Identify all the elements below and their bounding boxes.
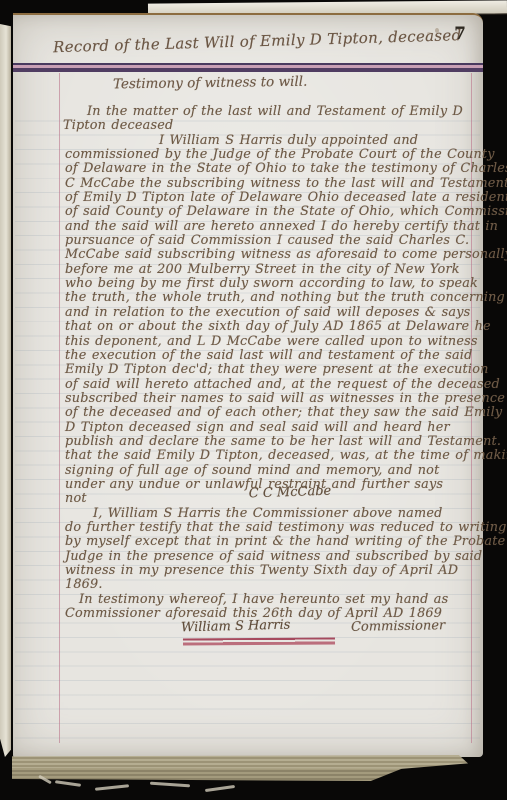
testimony-text: In the matter of the last will and Testa…	[13, 105, 481, 621]
ledger-book-photo: Record of the Last Will of Emily D Tipto…	[0, 0, 507, 800]
text-line: In testimony whereof, I have hereunto se…	[13, 593, 481, 607]
text-line: D Tipton deceased sign and seal said wil…	[13, 421, 481, 435]
text-line: C McCabe the subscribing witness to the …	[13, 177, 481, 191]
text-line: McCabe said subscribing witness as afore…	[13, 248, 481, 262]
text-line: that the said Emily D Tipton, deceased, …	[13, 449, 481, 463]
text-line: the execution of the said last will and …	[13, 349, 481, 363]
header-rule	[13, 63, 483, 72]
text-line: pursuance of said Commission I caused th…	[13, 234, 481, 248]
text-line: Emily D Tipton dec'd; that they were pre…	[13, 363, 481, 377]
text-line: I William S Harris duly appointed and	[13, 134, 481, 148]
text-line: 1869.	[13, 578, 481, 592]
text-line: and the said will are hereto annexed I d…	[13, 220, 481, 234]
commissioner-signature: William S Harris	[181, 618, 291, 636]
book-fore-edge	[12, 755, 468, 769]
section-heading: Testimony of witness to will.	[113, 74, 308, 93]
text-line: commissioned by the Judge of the Probate…	[13, 148, 481, 162]
text-line: the truth, the whole truth, and nothing …	[13, 291, 481, 305]
text-line: publish and declare the same to be her l…	[13, 435, 481, 449]
text-line: this deponent, and L D McCabe were calle…	[13, 335, 481, 349]
closing-double-rule	[183, 637, 335, 645]
text-line: I, William S Harris the Commissioner abo…	[13, 507, 481, 521]
record-title: Record of the Last Will of Emily D Tipto…	[53, 26, 473, 56]
ink-blot	[427, 32, 431, 35]
binding-thread	[95, 784, 129, 791]
text-line: Tipton deceased	[13, 119, 481, 133]
binding-thread	[55, 780, 81, 787]
page-stack-left-edge	[0, 24, 11, 757]
ink-blot	[435, 28, 439, 33]
text-line: witness in my presence this Twenty Sixth…	[13, 564, 481, 578]
text-line: of Delaware in the State of Ohio to take…	[13, 162, 481, 176]
binding-thread	[205, 785, 235, 792]
text-line: of said County of Delaware in the State …	[13, 205, 481, 219]
page-number: 7	[454, 24, 467, 44]
book-fore-edge-lower	[12, 768, 402, 781]
text-line: that on or about the sixth day of July A…	[13, 320, 481, 334]
text-line: Judge in the presence of said witness an…	[13, 550, 481, 564]
commissioner-title: Commissioner	[351, 618, 445, 635]
text-line: do further testify that the said testimo…	[13, 521, 481, 535]
ledger-page: Record of the Last Will of Emily D Tipto…	[13, 13, 483, 757]
binding-thread	[150, 782, 190, 788]
text-line: signing of full age of sound mind and me…	[13, 464, 481, 478]
text-line: before me at 200 Mulberry Street in the …	[13, 263, 481, 277]
text-line: of said will hereto attached and, at the…	[13, 378, 481, 392]
text-line: In the matter of the last will and Testa…	[13, 105, 481, 119]
text-line: of Emily D Tipton late of Delaware Ohio …	[13, 191, 481, 205]
text-line: and in relation to the execution of said…	[13, 306, 481, 320]
text-line: of the deceased and of each other; that …	[13, 406, 481, 420]
text-line: subscribed their names to said will as w…	[13, 392, 481, 406]
text-line: by myself except that in print & the han…	[13, 535, 481, 549]
text-line: who being by me first duly sworn accordi…	[13, 277, 481, 291]
